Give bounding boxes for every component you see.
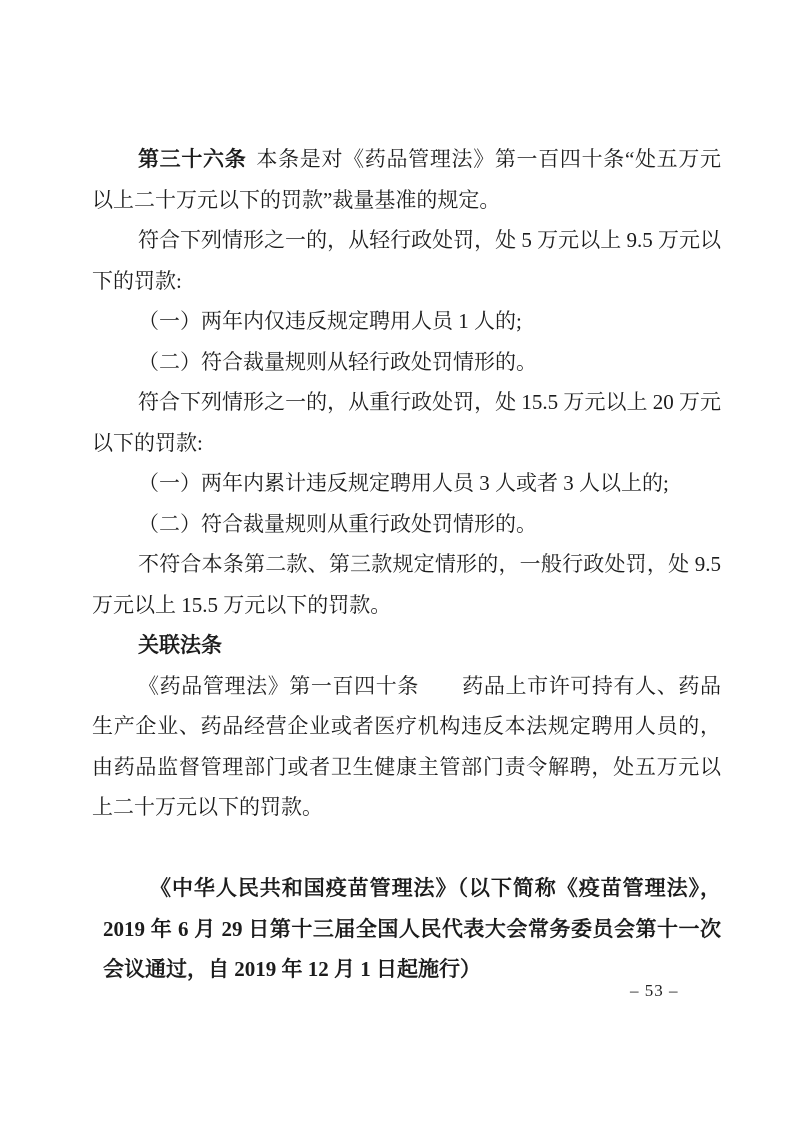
page-number: – 53 – [630,981,679,1001]
clause-lenient-item-2: （二）符合裁量规则从轻行政处罚情形的。 [92,342,721,383]
related-laws-body: 《药品管理法》第一百四十条 药品上市许可持有人、药品生产企业、药品经营企业或者医… [92,666,721,828]
clause-severe-item-1: （一）两年内累计违反规定聘用人员 3 人或者 3 人以上的; [92,463,721,504]
page-content: 第三十六条本条是对《药品管理法》第一百四十条“处五万元以上二十万元以下的罚款”裁… [92,139,721,990]
article-number: 第三十六条 [138,147,246,171]
article-paragraph: 第三十六条本条是对《药品管理法》第一百四十条“处五万元以上二十万元以下的罚款”裁… [92,139,721,220]
related-laws-heading: 关联法条 [92,625,721,666]
clause-severe-item-2: （二）符合裁量规则从重行政处罚情形的。 [92,504,721,545]
vaccine-law-note: 《中华人民共和国疫苗管理法》（以下简称《疫苗管理法》，2019 年 6 月 29… [92,868,721,990]
clause-general-penalty: 不符合本条第二款、第三款规定情形的，一般行政处罚，处 9.5 万元以上 15.5… [92,544,721,625]
clause-severe-intro: 符合下列情形之一的，从重行政处罚，处 15.5 万元以上 20 万元以下的罚款: [92,382,721,463]
clause-lenient-item-1: （一）两年内仅违反规定聘用人员 1 人的; [92,301,721,342]
document-page: 第三十六条本条是对《药品管理法》第一百四十条“处五万元以上二十万元以下的罚款”裁… [0,0,793,1122]
clause-lenient-intro: 符合下列情形之一的，从轻行政处罚，处 5 万元以上 9.5 万元以下的罚款: [92,220,721,301]
